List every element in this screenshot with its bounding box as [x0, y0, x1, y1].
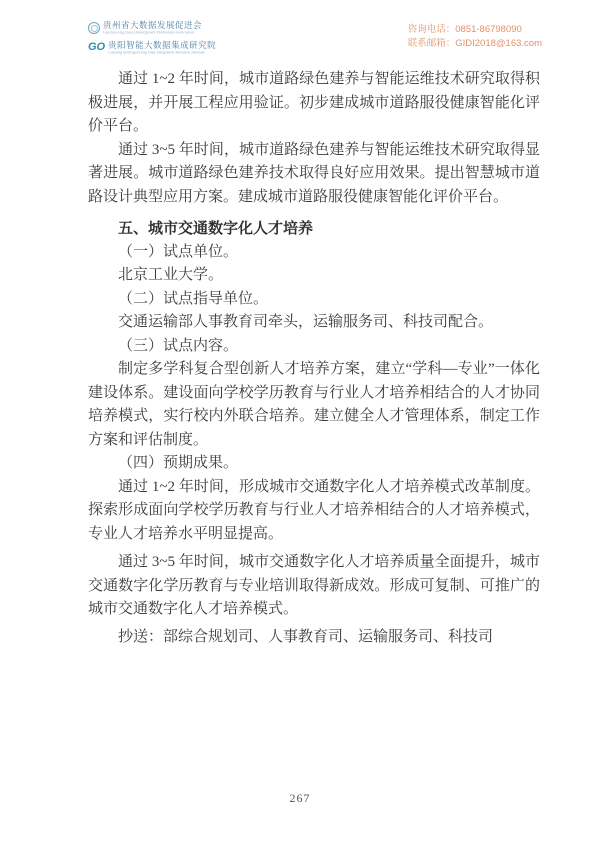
page-number: 267 [290, 791, 311, 805]
cc-line: 抄送：部综合规划司、人事教育司、运输服务司、科技司 [88, 626, 540, 650]
paragraph: 通过 1~2 年时间，城市道路绿色建养与智能运维技术研究取得积极进展，并开展工程… [88, 68, 540, 139]
page-footer: 267 [0, 791, 600, 806]
association-logo: 贵州省大数据发展促进会 Guizhou Big Data Development… [88, 21, 250, 37]
email-label: 联系邮箱： [408, 38, 456, 49]
email-address: GIDI2018@163.com [455, 38, 542, 49]
institute-monogram-icon: GO [88, 41, 105, 53]
association-name: 贵州省大数据发展促进会 [103, 21, 237, 30]
paragraph: 制定多学科复合型创新人才培养方案，建立“学科—专业”一体化建设体系。建设面向学校… [88, 358, 540, 452]
paragraph: 北京工业大学。 [88, 264, 540, 288]
item-heading: （二）试点指导单位。 [88, 288, 540, 312]
phone-number: 0851-86798090 [455, 24, 522, 35]
paragraph: 通过 1~2 年时间，形成城市交通数字化人才培养模式改革制度。探索形成面向学校学… [88, 476, 540, 547]
document-body: 通过 1~2 年时间，城市道路绿色建养与智能运维技术研究取得积极进展，并开展工程… [88, 68, 540, 649]
item-heading: （四）预期成果。 [88, 452, 540, 476]
contact-info: 咨询电话：0851-86798090 联系邮箱：GIDI2018@163.com [408, 23, 542, 51]
association-emblem-icon [88, 22, 100, 34]
institute-logo: GO 贵阳智能大数据集成研究院 Guiyang Intelligent Big … [88, 41, 250, 57]
page-header: 贵州省大数据发展促进会 Guizhou Big Data Development… [88, 21, 542, 57]
item-heading: （一）试点单位。 [88, 241, 540, 265]
phone-label: 咨询电话： [408, 24, 456, 35]
institute-subtitle: Guiyang Intelligent Big Data Integration… [108, 51, 205, 55]
item-heading: （三）试点内容。 [88, 335, 540, 359]
institute-name: 贵阳智能大数据集成研究院 [108, 41, 250, 50]
paragraph: 通过 3~5 年时间，城市道路绿色建养与智能运维技术研究取得显著进展。城市道路绿… [88, 139, 540, 210]
paragraph: 交通运输部人事教育司牵头，运输服务司、科技司配合。 [88, 311, 540, 335]
logo-stack: 贵州省大数据发展促进会 Guizhou Big Data Development… [88, 21, 250, 57]
association-subtitle: Guizhou Big Data Development Promotion A… [103, 31, 194, 35]
document-page: 贵州省大数据发展促进会 Guizhou Big Data Development… [0, 0, 600, 848]
contact-phone-line: 咨询电话：0851-86798090 [408, 23, 542, 37]
paragraph: 通过 3~5 年时间，城市交通数字化人才培养质量全面提升，城市交通数字化学历教育… [88, 551, 540, 622]
contact-email-line: 联系邮箱：GIDI2018@163.com [408, 37, 542, 51]
section-heading: 五、城市交通数字化人才培养 [88, 217, 540, 241]
